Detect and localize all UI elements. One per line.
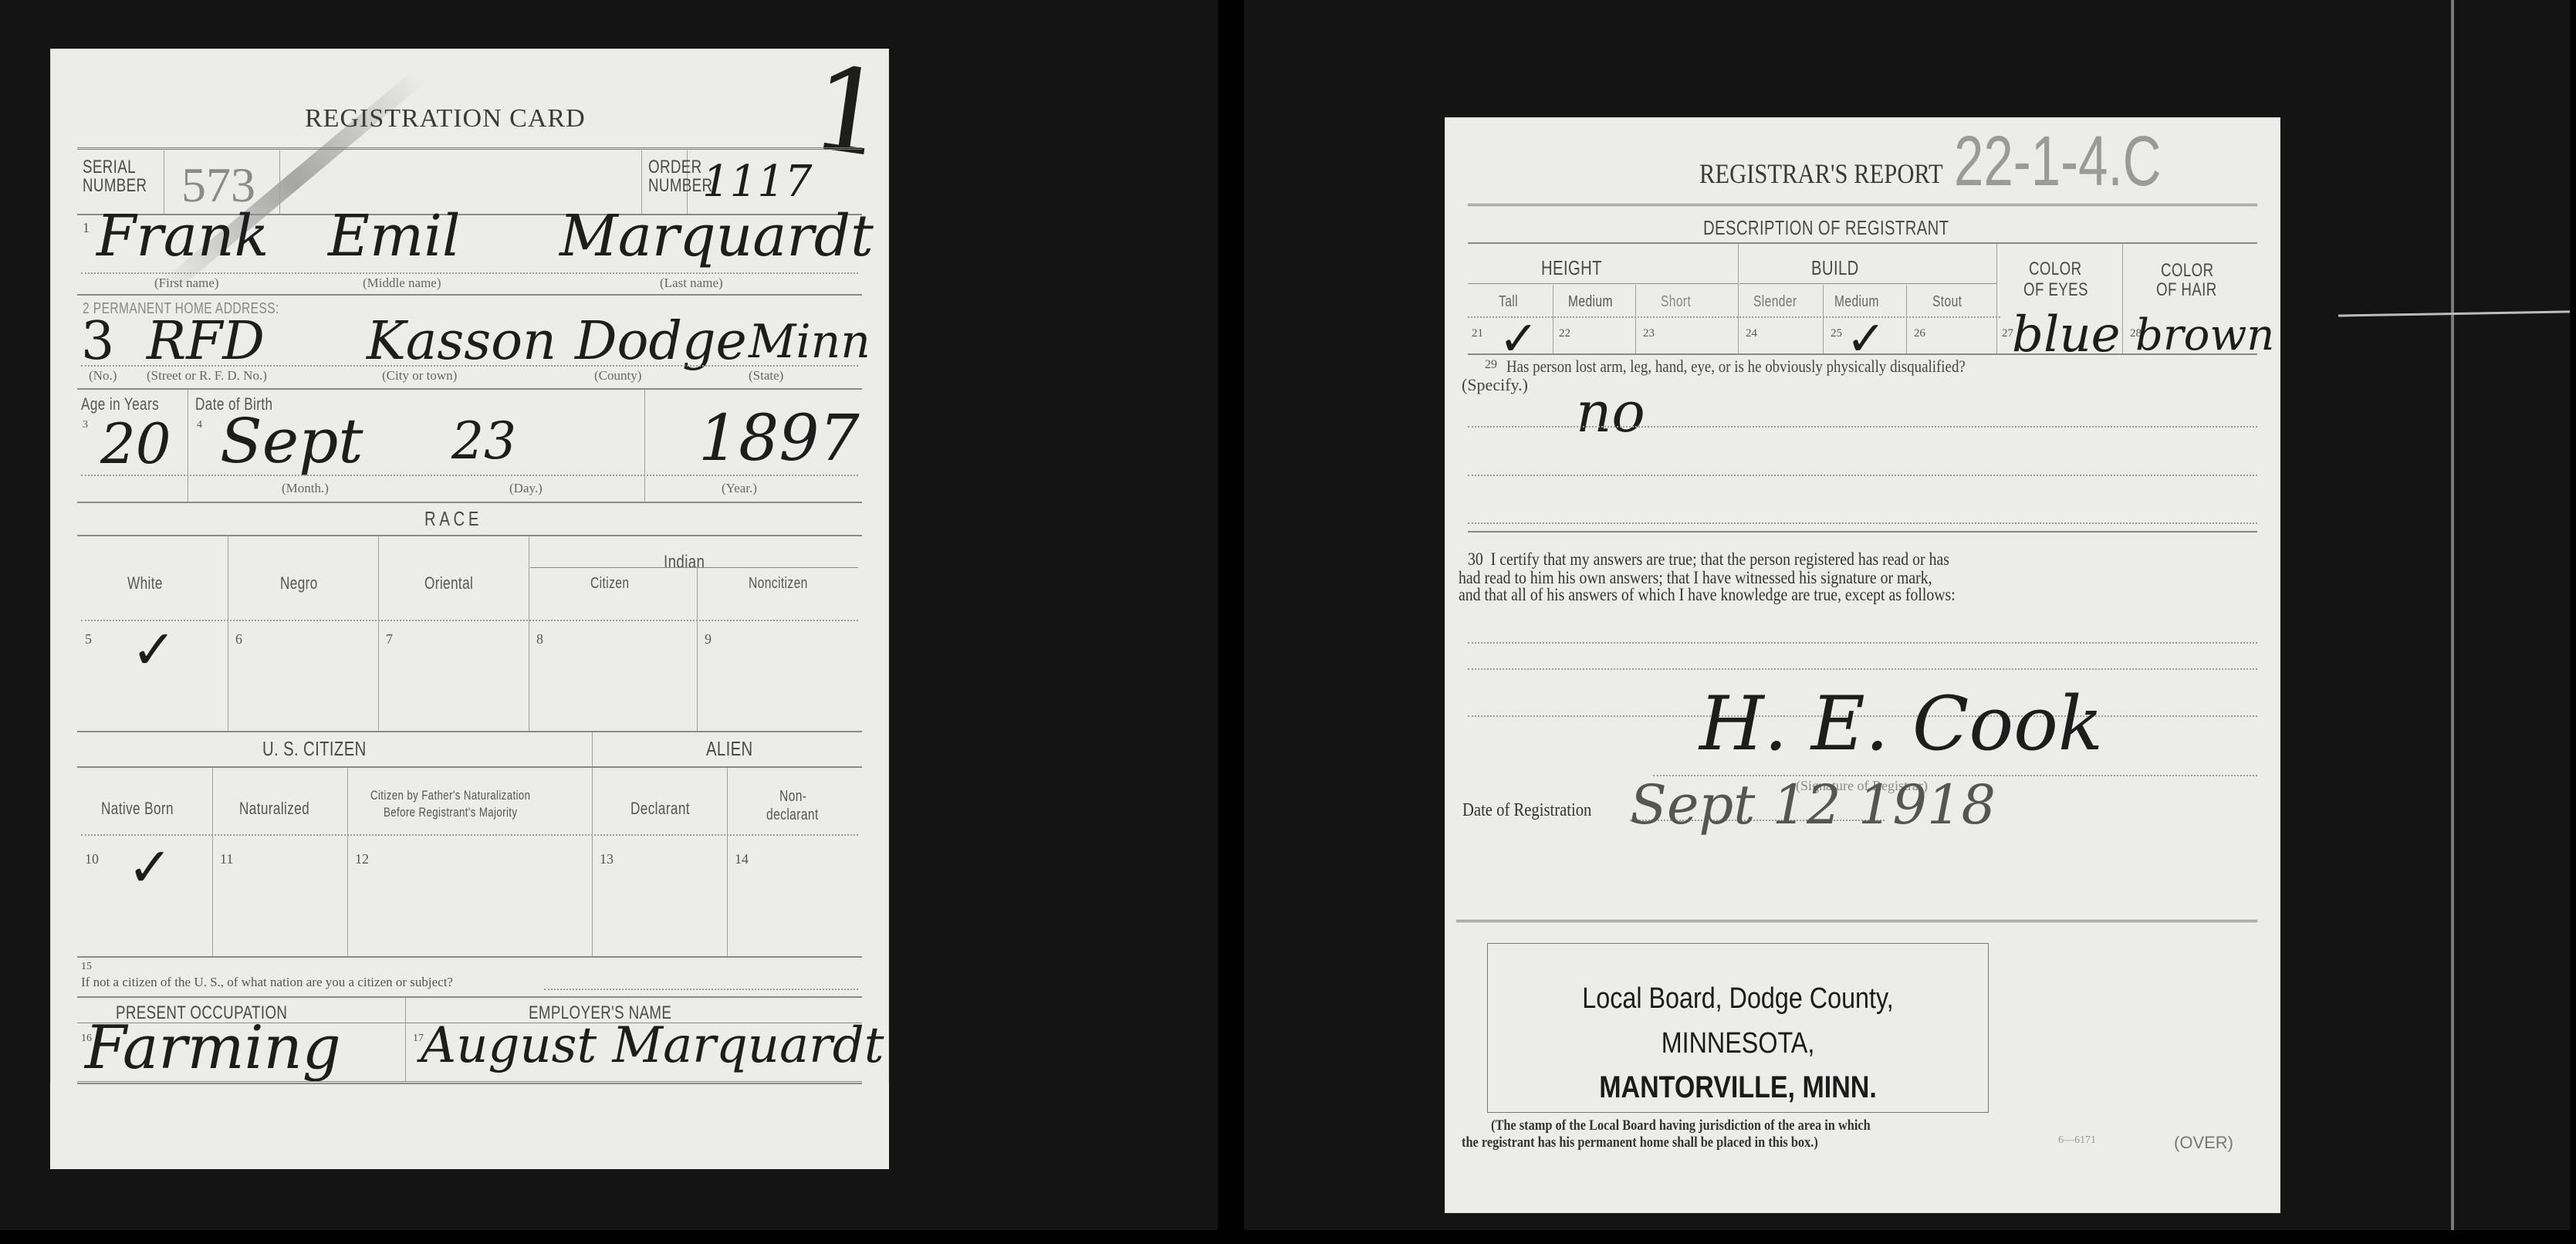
report-title: REGISTRAR'S REPORT <box>1699 157 1943 190</box>
registration-card-rows <box>50 49 889 1169</box>
certify-line-1: 30 I certify that my answers are true; t… <box>1468 549 1949 570</box>
field-number: 23 <box>1643 327 1655 340</box>
rule <box>1468 475 2257 476</box>
eyes-label: COLOR <box>2029 260 2082 279</box>
certify-text: I certify that my answers are true; that… <box>1491 549 1949 569</box>
hair-label-2: OF HAIR <box>2156 279 2217 301</box>
rule <box>1468 316 2000 318</box>
frame-divider <box>1218 0 1244 1244</box>
height-label: HEIGHT <box>1541 256 1602 280</box>
rule <box>1823 285 1824 353</box>
frame-edge-bottom <box>0 1230 2576 1244</box>
rule <box>1456 920 2257 925</box>
film-scratch <box>2338 310 2570 316</box>
stamp-line-2: MINNESOTA, <box>1526 1027 1951 1060</box>
build-label: BUILD <box>1811 256 1859 280</box>
rule <box>1468 522 2257 524</box>
disqualified-question: Has person lost arm, leg, hand, eye, or … <box>1506 357 1966 377</box>
rule <box>1635 285 1636 353</box>
rule <box>1468 204 2257 208</box>
local-board-stamp-box: Local Board, Dodge County, MINNESOTA, MA… <box>1487 943 1989 1113</box>
height-tall-label: Tall <box>1499 293 1518 311</box>
certify-line-3: and that all of his answers of which I h… <box>1459 585 1956 605</box>
build-medium-label: Medium <box>1834 293 1879 311</box>
field-number: 24 <box>1746 327 1757 340</box>
height-short-label: Short <box>1661 293 1691 311</box>
rule <box>1468 642 2257 644</box>
rule <box>1468 668 2257 670</box>
rule <box>2122 244 2123 353</box>
specify-label: (Specify.) <box>1462 375 1528 395</box>
rule <box>1553 285 1553 353</box>
build-slender-label: Slender <box>1753 293 1797 311</box>
stamp-note-line-2: the registrant has his permanent home sh… <box>1462 1134 1818 1151</box>
rule <box>1468 353 2257 355</box>
registrars-report-card: 22-1-4.C REGISTRAR'S REPORT DESCRIPTION … <box>1445 117 2280 1213</box>
hair-label: COLOR <box>2161 260 2214 282</box>
field-number: 21 <box>1472 327 1483 340</box>
rule <box>1996 244 1997 353</box>
film-edge-line <box>2451 0 2454 1231</box>
stamp-line-3: MANTORVILLE, MINN. <box>1526 1070 1951 1105</box>
date-of-registration-label: Date of Registration <box>1462 800 1591 821</box>
build-stout-label: Stout <box>1932 293 1962 311</box>
field-number: 30 <box>1468 549 1483 569</box>
over-label: (OVER) <box>2174 1133 2233 1153</box>
rule <box>1468 242 2257 244</box>
field-number: 29 <box>1485 358 1497 372</box>
field-number: 25 <box>1831 327 1842 340</box>
rule <box>1738 244 1739 353</box>
eyes-label-2: OF EYES <box>2023 279 2088 301</box>
rule <box>1468 531 2257 532</box>
disqualified-answer: no <box>1576 380 1645 445</box>
rule <box>1906 285 1907 353</box>
frame-edge-right <box>2570 0 2576 1244</box>
height-medium-label: Medium <box>1568 293 1613 311</box>
field-number: 22 <box>1559 327 1570 340</box>
rule <box>1739 283 1996 284</box>
date-of-registration-value: Sept 12 1918 <box>1630 773 1996 837</box>
description-title: DESCRIPTION OF REGISTRANT <box>1703 216 1949 240</box>
stamp-note-line-1: (The stamp of the Local Board having jur… <box>1491 1117 1871 1134</box>
rule <box>1468 283 1738 284</box>
registrar-signature: H. E. Cook <box>1699 681 2103 767</box>
field-number: 26 <box>1914 327 1925 340</box>
print-code: 6—6171 <box>2058 1134 2096 1147</box>
stamp-line-1: Local Board, Dodge County, <box>1526 982 1951 1016</box>
stamp-number: 22-1-4.C <box>1954 121 2161 202</box>
rule <box>1468 426 2257 428</box>
